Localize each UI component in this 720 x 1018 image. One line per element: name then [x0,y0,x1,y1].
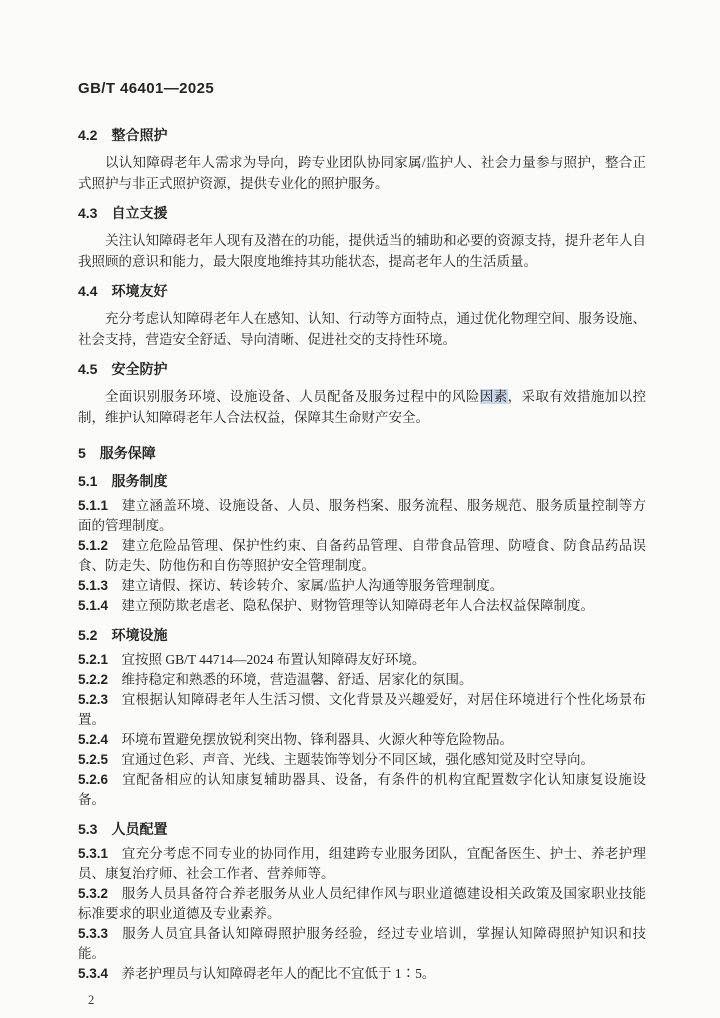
clause-5-2-1: 5.2.1宜按照 GB/T 44714—2024 布置认知障碍友好环境。 [78,650,646,670]
section-heading-4-2: 4.2整合照护 [78,126,646,144]
clause-5-1-4: 5.1.4建立预防欺老虐老、隐私保护、财物管理等认知障碍老年人合法权益保障制度。 [78,596,646,616]
clause-number: 5.3.4 [78,966,108,981]
clause-number: 5.2.1 [78,652,108,667]
clause-5-3-2: 5.3.2服务人员具备符合养老服务从业人员纪律作风与职业道德建设相关政策及国家职… [78,884,646,924]
clause-text: 建立涵盖环境、设施设备、人员、服务档案、服务流程、服务规范、服务质量控制等方面的… [78,498,646,533]
clause-text: 环境布置避免摆放锐利突出物、锋利器具、火源火种等危险物品。 [122,732,514,747]
chapter-heading-5: 5服务保障 [78,444,646,462]
clause-5-3-4: 5.3.4养老护理员与认知障碍老年人的配比不宜低于 1∶5。 [78,964,646,984]
highlighted-text: 因素 [480,389,508,404]
clause-5-3-1: 5.3.1宜充分考虑不同专业的协同作用，组建跨专业服务团队，宜配备医生、护士、养… [78,844,646,884]
chapter-number: 5 [78,445,86,461]
clause-text: 维持稳定和熟悉的环境，营造温馨、舒适、居家化的氛围。 [122,672,473,687]
clause-5-2-3: 5.2.3宜根据认知障碍老年人生活习惯、文化背景及兴趣爱好，对居住环境进行个性化… [78,690,646,730]
section-heading-4-5: 4.5安全防护 [78,360,646,378]
clause-number: 5.3.2 [78,886,108,901]
section-title: 环境设施 [111,627,167,643]
clause-5-2-5: 5.2.5宜通过色彩、声音、光线、主题装饰等划分不同区域，强化感知觉及时空导向。 [78,750,646,770]
clause-text: 宜根据认知障碍老年人生活习惯、文化背景及兴趣爱好，对居住环境进行个性化场景布置。 [78,692,646,727]
clause-number: 5.1.4 [78,598,108,613]
section-number: 5.3 [78,821,97,837]
section-number: 4.5 [78,361,97,377]
clause-text: 宜通过色彩、声音、光线、主题装饰等划分不同区域，强化感知觉及时空导向。 [122,752,595,767]
section-title: 人员配置 [111,821,167,837]
clause-5-2-4: 5.2.4环境布置避免摆放锐利突出物、锋利器具、火源火种等危险物品。 [78,730,646,750]
section-heading-4-4: 4.4环境友好 [78,282,646,300]
section-title: 安全防护 [111,361,167,377]
clause-number: 5.2.3 [78,692,108,707]
clause-text: 宜充分考虑不同专业的协同作用，组建跨专业服务团队，宜配备医生、护士、养老护理员、… [78,846,646,881]
section-body-4-3: 关注认知障碍老年人现有及潜在的功能，提供适当的辅助和必要的资源支持，提升老年人自… [78,230,646,272]
clause-5-2-2: 5.2.2维持稳定和熟悉的环境，营造温馨、舒适、居家化的氛围。 [78,670,646,690]
section-body-4-4: 充分考虑认知障碍老年人在感知、认知、行动等方面特点，通过优化物理空间、服务设施、… [78,308,646,350]
section-title: 环境友好 [111,283,167,299]
clause-5-1-3: 5.1.3建立请假、探访、转诊转介、家属/监护人沟通等服务管理制度。 [78,576,646,596]
clause-text: 养老护理员与认知障碍老年人的配比不宜低于 1∶5。 [122,966,436,981]
section-heading-5-2: 5.2环境设施 [78,626,646,644]
section-heading-5-3: 5.3人员配置 [78,820,646,838]
clause-number: 5.1.3 [78,578,108,593]
clause-group-5-2: 5.2.1宜按照 GB/T 44714—2024 布置认知障碍友好环境。 5.2… [78,650,646,810]
clause-text: 宜按照 GB/T 44714—2024 布置认知障碍友好环境。 [122,652,426,667]
section-title: 整合照护 [111,127,167,143]
clause-number: 5.1.1 [78,498,108,513]
clause-number: 5.2.5 [78,752,108,767]
section-title: 自立支援 [111,205,167,221]
section-title: 服务制度 [111,473,167,489]
clause-number: 5.2.6 [78,772,108,787]
body-text: 全面识别服务环境、设施设备、人员配备及服务过程中的风险 [105,389,480,404]
section-number: 4.3 [78,205,97,221]
clause-5-3-3: 5.3.3服务人员宜具备认知障碍照护服务经验，经过专业培训，掌握认知障碍照护知识… [78,924,646,964]
section-number: 4.4 [78,283,97,299]
section-heading-4-3: 4.3自立支援 [78,204,646,222]
clause-text: 服务人员具备符合养老服务从业人员纪律作风与职业道德建设相关政策及国家职业技能标准… [78,886,646,921]
clause-text: 建立请假、探访、转诊转介、家属/监护人沟通等服务管理制度。 [122,578,504,593]
clause-5-1-1: 5.1.1建立涵盖环境、设施设备、人员、服务档案、服务流程、服务规范、服务质量控… [78,496,646,536]
section-heading-5-1: 5.1服务制度 [78,472,646,490]
clause-number: 5.3.1 [78,846,108,861]
clause-group-5-3: 5.3.1宜充分考虑不同专业的协同作用，组建跨专业服务团队，宜配备医生、护士、养… [78,844,646,984]
section-number: 5.1 [78,473,97,489]
standard-number: GB/T 46401—2025 [78,80,646,98]
clause-5-1-2: 5.1.2建立危险品管理、保护性约束、自备药品管理、自带食品管理、防噎食、防食品… [78,536,646,576]
section-number: 5.2 [78,627,97,643]
clause-number: 5.1.2 [78,538,108,553]
clause-text: 建立危险品管理、保护性约束、自备药品管理、自带食品管理、防噎食、防食品药品误食、… [78,538,646,573]
clause-group-5-1: 5.1.1建立涵盖环境、设施设备、人员、服务档案、服务流程、服务规范、服务质量控… [78,496,646,616]
section-number: 4.2 [78,127,97,143]
clause-text: 宜配备相应的认知康复辅助器具、设备，有条件的机构宜配置数字化认知康复设施设备。 [78,772,646,807]
section-body-4-5: 全面识别服务环境、设施设备、人员配备及服务过程中的风险因素，采取有效措施加以控制… [78,386,646,428]
clause-text: 建立预防欺老虐老、隐私保护、财物管理等认知障碍老年人合法权益保障制度。 [122,598,595,613]
section-body-4-2: 以认知障碍老年人需求为导向，跨专业团队协同家属/监护人、社会力量参与照护，整合正… [78,152,646,194]
page-number: 2 [78,992,646,1008]
chapter-title: 服务保障 [100,445,156,461]
clause-text: 服务人员宜具备认知障碍照护服务经验，经过专业培训，掌握认知障碍照护知识和技能。 [78,926,646,961]
clause-number: 5.2.4 [78,732,108,747]
clause-number: 5.2.2 [78,672,108,687]
clause-5-2-6: 5.2.6宜配备相应的认知康复辅助器具、设备，有条件的机构宜配置数字化认知康复设… [78,770,646,810]
document-page: GB/T 46401—2025 4.2整合照护 以认知障碍老年人需求为导向，跨专… [0,0,720,1018]
clause-number: 5.3.3 [78,926,108,941]
